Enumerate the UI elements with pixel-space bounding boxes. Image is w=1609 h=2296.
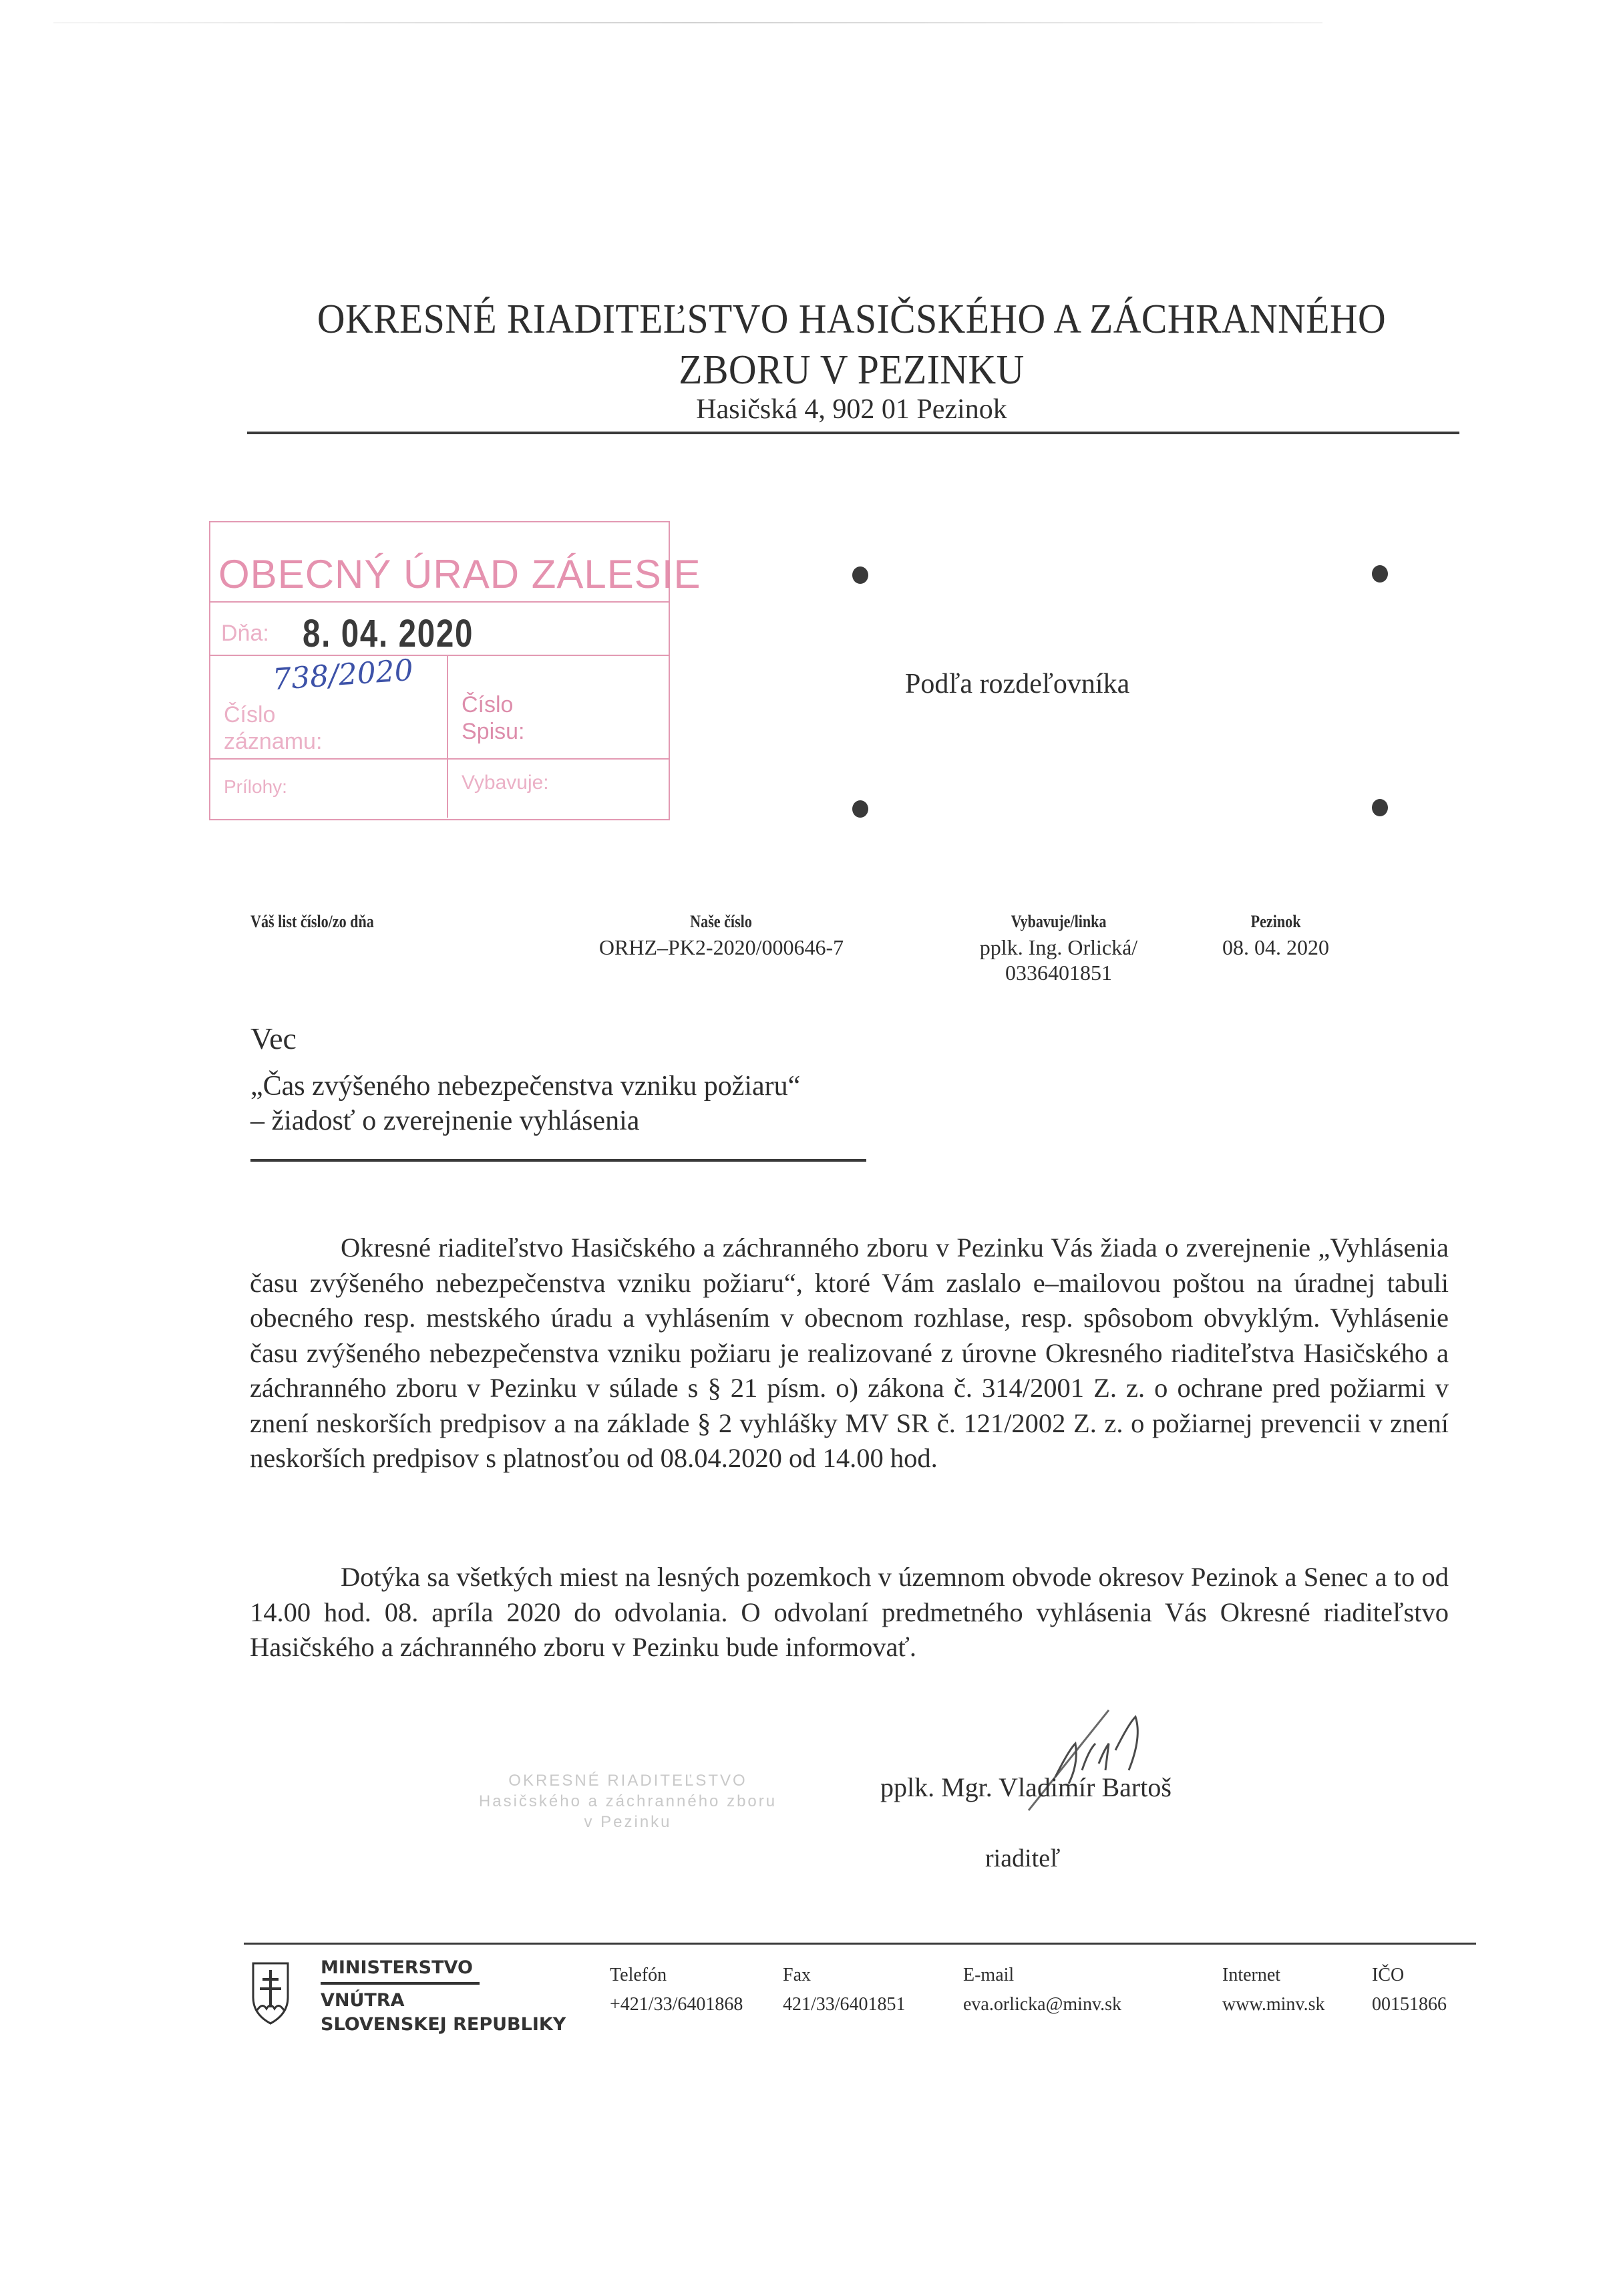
signatory-role: riaditeľ xyxy=(985,1844,1061,1873)
ministry-line1: MINISTERSTVO xyxy=(321,1956,566,1980)
organization-title-line1: OKRESNÉ RIADITEĽSTVO HASIČSKÉHO A ZÁCHRA… xyxy=(289,294,1413,345)
ref-handled-by-phone: 0336401851 xyxy=(948,960,1169,985)
ref-our-number: Naše číslo ORHZ–PK2-2020/000646-7 xyxy=(574,909,868,960)
stamp-date-label: Dňa: xyxy=(221,620,269,647)
ref-handled-by-name: pplk. Ing. Orlická/ xyxy=(948,935,1169,960)
official-round-stamp-faded: OKRESNÉ RIADITEĽSTVO Hasičského a záchra… xyxy=(454,1770,801,1832)
footer-ico: IČO 00151866 xyxy=(1372,1961,1447,2019)
ref-handled-by: Vybavuje/linka pplk. Ing. Orlická/ 03364… xyxy=(948,909,1169,985)
handwritten-signature xyxy=(1015,1697,1216,1824)
organization-title-line2: ZBORU V PEZINKU xyxy=(289,345,1413,395)
registry-stamp: OBECNÝ ÚRAD ZÁLESIE Dňa: 8. 04. 2020 Čís… xyxy=(209,521,670,820)
footer-email-value[interactable]: eva.orlicka@minv.sk xyxy=(963,1990,1121,2019)
window-corner-mark xyxy=(1372,799,1388,816)
stamp-divider xyxy=(209,601,670,603)
ref-our-number-label: Naše číslo xyxy=(691,909,753,935)
footer-ico-label: IČO xyxy=(1372,1961,1447,1990)
signatory-name: pplk. Mgr. Vladimír Bartoš xyxy=(880,1772,1172,1803)
subject-line2: – žiadosť o zverejnenie vyhlásenia xyxy=(250,1104,639,1138)
footer-divider xyxy=(244,1943,1476,1945)
footer-ico-value: 00151866 xyxy=(1372,1990,1447,2019)
stamp-file-label: Číslo Spisu: xyxy=(462,691,525,745)
ministry-underline xyxy=(321,1982,480,1985)
ministry-line2: VNÚTRA xyxy=(321,1989,566,2013)
ref-place-date: Pezinok 08. 04. 2020 xyxy=(1196,909,1356,960)
scan-artifact-line xyxy=(53,22,1322,23)
ref-handled-by-label: Vybavuje/linka xyxy=(1011,909,1107,935)
stamp-divider xyxy=(209,758,670,760)
footer-internet: Internet www.minv.sk xyxy=(1222,1961,1324,2019)
stamp-divider xyxy=(447,655,448,818)
window-corner-mark xyxy=(852,800,868,818)
ref-our-number-value: ORHZ–PK2-2020/000646-7 xyxy=(574,935,868,960)
footer-fax-value: 421/33/6401851 xyxy=(783,1990,906,2019)
recipient: Podľa rozdeľovníka xyxy=(905,668,1129,700)
footer-phone-value: +421/33/6401868 xyxy=(610,1990,743,2019)
body-paragraph-2: Dotýka sa všetkých miest na lesných poze… xyxy=(250,1560,1449,1665)
stamp-record-label: Číslo záznamu: xyxy=(224,701,322,755)
footer-phone: Telefón +421/33/6401868 xyxy=(610,1961,743,2019)
stamp-date-value: 8. 04. 2020 xyxy=(303,611,474,656)
ref-date-value: 08. 04. 2020 xyxy=(1196,935,1356,960)
ref-place-label: Pezinok xyxy=(1251,909,1301,935)
ministry-line3: SLOVENSKEJ REPUBLIKY xyxy=(321,2013,566,2037)
stamp-handled-by-label: Vybavuje: xyxy=(462,770,549,796)
stamp-office-name: OBECNÝ ÚRAD ZÁLESIE xyxy=(218,551,666,597)
footer-fax-label: Fax xyxy=(783,1961,906,1990)
ref-your-letter: Váš list číslo/zo dňa xyxy=(250,909,451,935)
footer-internet-value[interactable]: www.minv.sk xyxy=(1222,1990,1324,2019)
subject-label: Vec xyxy=(250,1021,297,1056)
footer-phone-label: Telefón xyxy=(610,1961,743,1990)
ref-your-letter-label: Váš list číslo/zo dňa xyxy=(250,909,374,935)
slovak-coat-of-arms-icon xyxy=(250,1961,291,2026)
footer-fax: Fax 421/33/6401851 xyxy=(783,1961,906,2019)
organization-address: Hasičská 4, 902 01 Pezinok xyxy=(247,393,1456,426)
body-paragraph-1: Okresné riaditeľstvo Hasičského a záchra… xyxy=(250,1231,1449,1476)
footer-email-label: E-mail xyxy=(963,1961,1121,1990)
footer-email: E-mail eva.orlicka@minv.sk xyxy=(963,1961,1121,2019)
stamp-attachments-label: Prílohy: xyxy=(224,774,287,800)
header-divider xyxy=(247,432,1459,434)
subject-divider xyxy=(250,1159,866,1162)
footer-internet-label: Internet xyxy=(1222,1961,1324,1990)
window-corner-mark xyxy=(852,566,868,584)
ministry-logo-text: MINISTERSTVO VNÚTRA SLOVENSKEJ REPUBLIKY xyxy=(321,1956,566,2037)
window-corner-mark xyxy=(1372,565,1388,583)
subject-line1: „Čas zvýšeného nebezpečenstva vzniku pož… xyxy=(250,1069,800,1104)
organization-title: OKRESNÉ RIADITEĽSTVO HASIČSKÉHO A ZÁCHRA… xyxy=(289,294,1413,395)
